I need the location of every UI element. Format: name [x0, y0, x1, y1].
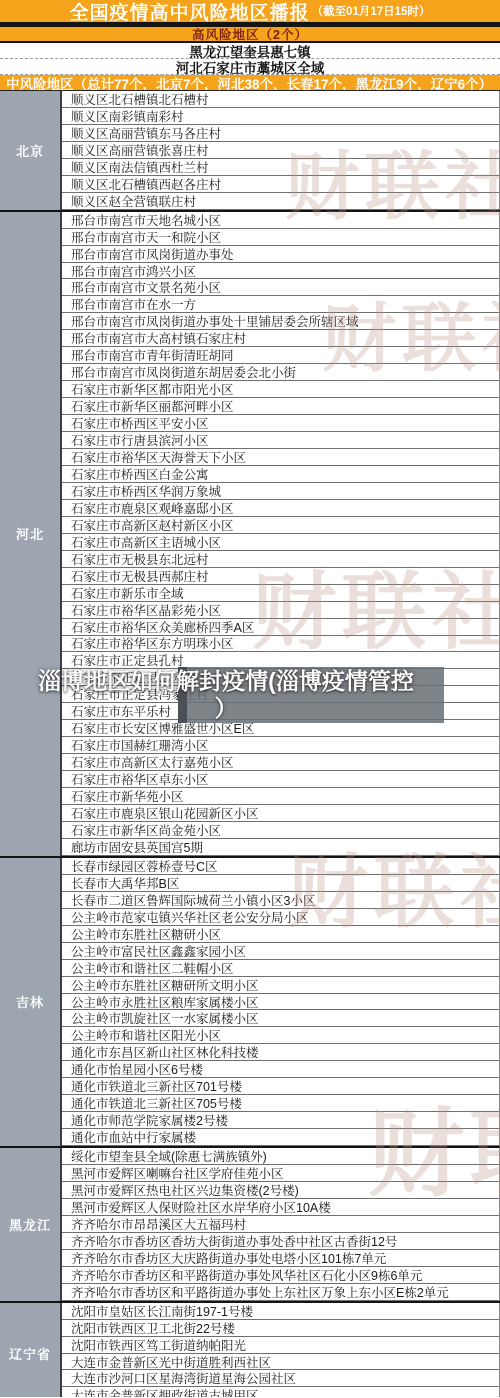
risk-area-row: 沈阳市铁西区卫工北街22号楼: [62, 1320, 499, 1337]
risk-area-row: 长春市二道区鲁辉国际城荷兰小镇小区3小区: [62, 892, 499, 909]
risk-area-row: 邢台市南宫市凤岗街道东胡居委会北小街: [62, 364, 499, 381]
risk-area-row: 石家庄市裕华区众美廊桥四季A区: [62, 619, 499, 636]
risk-area-row: 石家庄市新华区尚金苑小区: [62, 822, 499, 839]
risk-area-row: 石家庄市高新区赵村新区小区: [62, 517, 499, 534]
risk-table: 北京顺义区北石槽镇北石槽村顺义区南彩镇南彩村顺义区高丽营镇东马各庄村顺义区高丽营…: [0, 90, 500, 1397]
risk-area-row: 邢台市南宫市大高村镇石家庄村: [62, 330, 499, 347]
risk-area-row: 通化市血站中行家属楼: [62, 1129, 499, 1146]
risk-area-row: 邢台市南宫市凤岗街道办事处: [62, 246, 499, 263]
province-section: 辽宁省沈阳市皇姑区长江南街197-1号楼沈阳市铁西区卫工北街22号楼沈阳市铁西区…: [0, 1301, 500, 1397]
risk-area-row: 邢台市南宫市天地名城小区: [62, 212, 499, 229]
risk-area-row: 石家庄市裕华区天海誉天下小区: [62, 449, 499, 466]
province-rows: 顺义区北石槽镇北石槽村顺义区南彩镇南彩村顺义区高丽营镇东马各庄村顺义区高丽营镇张…: [62, 91, 500, 210]
risk-area-row: 大连市金普新区拥政街道古城甲区: [62, 1387, 499, 1397]
risk-area-row: 公主岭市永胜社区粮库家属楼小区: [62, 994, 499, 1011]
risk-area-row: 石家庄市无极县东北远村: [62, 551, 499, 568]
province-rows: 沈阳市皇姑区长江南街197-1号楼沈阳市铁西区卫工北街22号楼沈阳市铁西区笃工街…: [62, 1303, 500, 1397]
risk-area-row: 长春市大禹华邦B区: [62, 875, 499, 892]
province-section: 北京顺义区北石槽镇北石槽村顺义区南彩镇南彩村顺义区高丽营镇东马各庄村顺义区高丽营…: [0, 91, 500, 210]
risk-area-row: 顺义区南法信镇西杜兰村: [62, 159, 499, 176]
risk-area-row: 黑河市爱辉区人保财险社区水岸华府小区10A楼: [62, 1199, 499, 1216]
risk-area-row: 通化市东昌区新山社区林化科技楼: [62, 1044, 499, 1061]
article-title-line1: 淄博地区如何解封疫情(淄博疫情管控: [0, 668, 452, 695]
province-rows: 绥化市望奎县全域(除惠七满族镇外)黑河市爱辉区喇嘛台社区学府佳苑小区黑河市爱辉区…: [62, 1148, 500, 1301]
risk-area-row: 顺义区北石槽镇北石槽村: [62, 91, 499, 108]
province-label: 北京: [0, 91, 62, 210]
risk-area-row: 齐齐哈尔市香坊区香坊大街街道办事处香中社区古香街12号: [62, 1233, 499, 1250]
risk-area-row: 齐齐哈尔市昂昂溪区大五福玛村: [62, 1216, 499, 1233]
risk-area-row: 顺义区南彩镇南彩村: [62, 108, 499, 125]
risk-area-row: 邢台市南宫市凤岗街道办事处十里铺居委会所辖区域: [62, 313, 499, 330]
risk-area-row: 公主岭市凯旋社区一水家属楼小区: [62, 1010, 499, 1027]
risk-area-row: 通化市铁道北三新社区701号楼: [62, 1078, 499, 1095]
article-title-line2: ）: [0, 695, 452, 722]
risk-area-row: 石家庄市裕华区晶彩苑小区: [62, 602, 499, 619]
page-title-timestamp: （截至01月17日15时）: [312, 3, 431, 19]
risk-area-row: 石家庄市桥西区白金公寓: [62, 466, 499, 483]
province-section: 吉林长春市绿园区蓉桥壹号C区长春市大禹华邦B区长春市二道区鲁辉国际城荷兰小镇小区…: [0, 856, 500, 1146]
risk-area-row: 邢台市南宫市鸿兴小区: [62, 263, 499, 280]
province-rows: 邢台市南宫市天地名城小区邢台市南宫市天一和院小区邢台市南宫市凤岗街道办事处邢台市…: [62, 212, 500, 856]
risk-area-row: 石家庄市高新区主语城小区: [62, 534, 499, 551]
risk-area-row: 沈阳市皇姑区长江南街197-1号楼: [62, 1303, 499, 1320]
risk-area-row: 齐齐哈尔市香坊区大庆路街道办事处电塔小区101栋7单元: [62, 1250, 499, 1267]
risk-area-row: 石家庄市桥西区平安小区: [62, 415, 499, 432]
risk-area-row: 大连市沙河口区星海湾街道星海公园社区: [62, 1370, 499, 1387]
risk-area-row: 黑河市爱辉区喇嘛台社区学府佳苑小区: [62, 1165, 499, 1182]
risk-area-row: 通化市怡星园小区6号楼: [62, 1061, 499, 1078]
risk-area-row: 廊坊市固安县英国宫5期: [62, 839, 499, 856]
risk-area-row: 石家庄市行唐县滨河小区: [62, 432, 499, 449]
risk-area-row: 石家庄市裕华区东方明珠小区: [62, 636, 499, 653]
risk-area-row: 公主岭市富民社区鑫鑫家园小区: [62, 943, 499, 960]
risk-area-row: 齐齐哈尔市香坊区和平路街道办事处上东社区万象上东小区E栋2单元: [62, 1284, 499, 1301]
risk-area-row: 邢台市南宫市文景名苑小区: [62, 279, 499, 296]
risk-area-row: 大连市金普新区光中街道胜利西社区: [62, 1354, 499, 1371]
province-label: 黑龙江: [0, 1148, 62, 1301]
risk-area-row: 顺义区高丽营镇张喜庄村: [62, 142, 499, 159]
province-rows: 长春市绿园区蓉桥壹号C区长春市大禹华邦B区长春市二道区鲁辉国际城荷兰小镇小区3小…: [62, 858, 500, 1146]
risk-area-row: 石家庄市桥西区华润万象城: [62, 483, 499, 500]
risk-area-row: 长春市绿园区蓉桥壹号C区: [62, 858, 499, 875]
risk-area-row: 公主岭市和谐社区二鞋帽小区: [62, 960, 499, 977]
risk-area-row: 石家庄市新华区丽都河畔小区: [62, 398, 499, 415]
risk-area-row: 石家庄市裕华区卓东小区: [62, 771, 499, 788]
risk-area-row: 顺义区北石槽镇西赵各庄村: [62, 176, 499, 193]
risk-area-row: 石家庄市新华区都市阳光小区: [62, 381, 499, 398]
risk-area-row: 顺义区赵全营镇联庄村: [62, 193, 499, 210]
risk-area-row: 石家庄市无极县西郝庄村: [62, 568, 499, 585]
bulletin-page: 全国疫情高中风险地区播报 （截至01月17日15时） 高风险地区（2个） 黑龙江…: [0, 0, 500, 1398]
risk-area-row: 石家庄市新华苑小区: [62, 788, 499, 805]
province-label: 吉林: [0, 858, 62, 1146]
article-title-overlay: 淄博地区如何解封疫情(淄博疫情管控 ）: [0, 668, 452, 722]
title-bar: 全国疫情高中风险地区播报 （截至01月17日15时）: [0, 0, 500, 22]
risk-area-row: 公主岭市东胜社区糖研所文明小区: [62, 977, 499, 994]
province-label: 河北: [0, 212, 62, 856]
risk-area-row: 通化市铁道北三新社区705号楼: [62, 1095, 499, 1112]
risk-area-row: 石家庄市鹿泉区观峰嘉邸小区: [62, 500, 499, 517]
risk-area-row: 石家庄市高新区太行嘉苑小区: [62, 754, 499, 771]
risk-area-row: 黑河市爱辉区热电社区兴边集资楼(2号楼): [62, 1182, 499, 1199]
page-title: 全国疫情高中风险地区播报: [70, 0, 310, 25]
risk-area-row: 石家庄市国赫红珊湾小区: [62, 737, 499, 754]
risk-area-row: 邢台市南宫市在水一方: [62, 296, 499, 313]
risk-area-row: 沈阳市铁西区笃工街道纳帕阳光: [62, 1337, 499, 1354]
risk-area-row: 公主岭市和谐社区阳光小区: [62, 1027, 499, 1044]
province-section: 黑龙江绥化市望奎县全域(除惠七满族镇外)黑河市爱辉区喇嘛台社区学府佳苑小区黑河市…: [0, 1146, 500, 1301]
mid-risk-band: 中风险地区（总计77个，北京7个，河北38个，长春17个，黑龙江9个，辽宁6个）: [0, 75, 500, 90]
risk-area-row: 公主岭市东胜社区糖研小区: [62, 926, 499, 943]
province-section: 河北邢台市南宫市天地名城小区邢台市南宫市天一和院小区邢台市南宫市凤岗街道办事处邢…: [0, 210, 500, 856]
risk-area-row: 邢台市南宫市青年街清旺胡同: [62, 347, 499, 364]
risk-area-row: 石家庄市鹿泉区银山花园新区小区: [62, 805, 499, 822]
risk-area-row: 顺义区高丽营镇东马各庄村: [62, 125, 499, 142]
risk-area-row: 公主岭市范家屯镇兴华社区老公安分局小区: [62, 909, 499, 926]
risk-area-row: 邢台市南宫市天一和院小区: [62, 229, 499, 246]
risk-area-row: 通化市师范学院家属楼2号楼: [62, 1112, 499, 1129]
risk-area-row: 绥化市望奎县全域(除惠七满族镇外): [62, 1148, 499, 1165]
risk-area-row: 齐齐哈尔市香坊区和平路街道办事处风华社区石化小区9栋6单元: [62, 1267, 499, 1284]
province-label: 辽宁省: [0, 1303, 62, 1397]
risk-area-row: 石家庄市新乐市全域: [62, 585, 499, 602]
